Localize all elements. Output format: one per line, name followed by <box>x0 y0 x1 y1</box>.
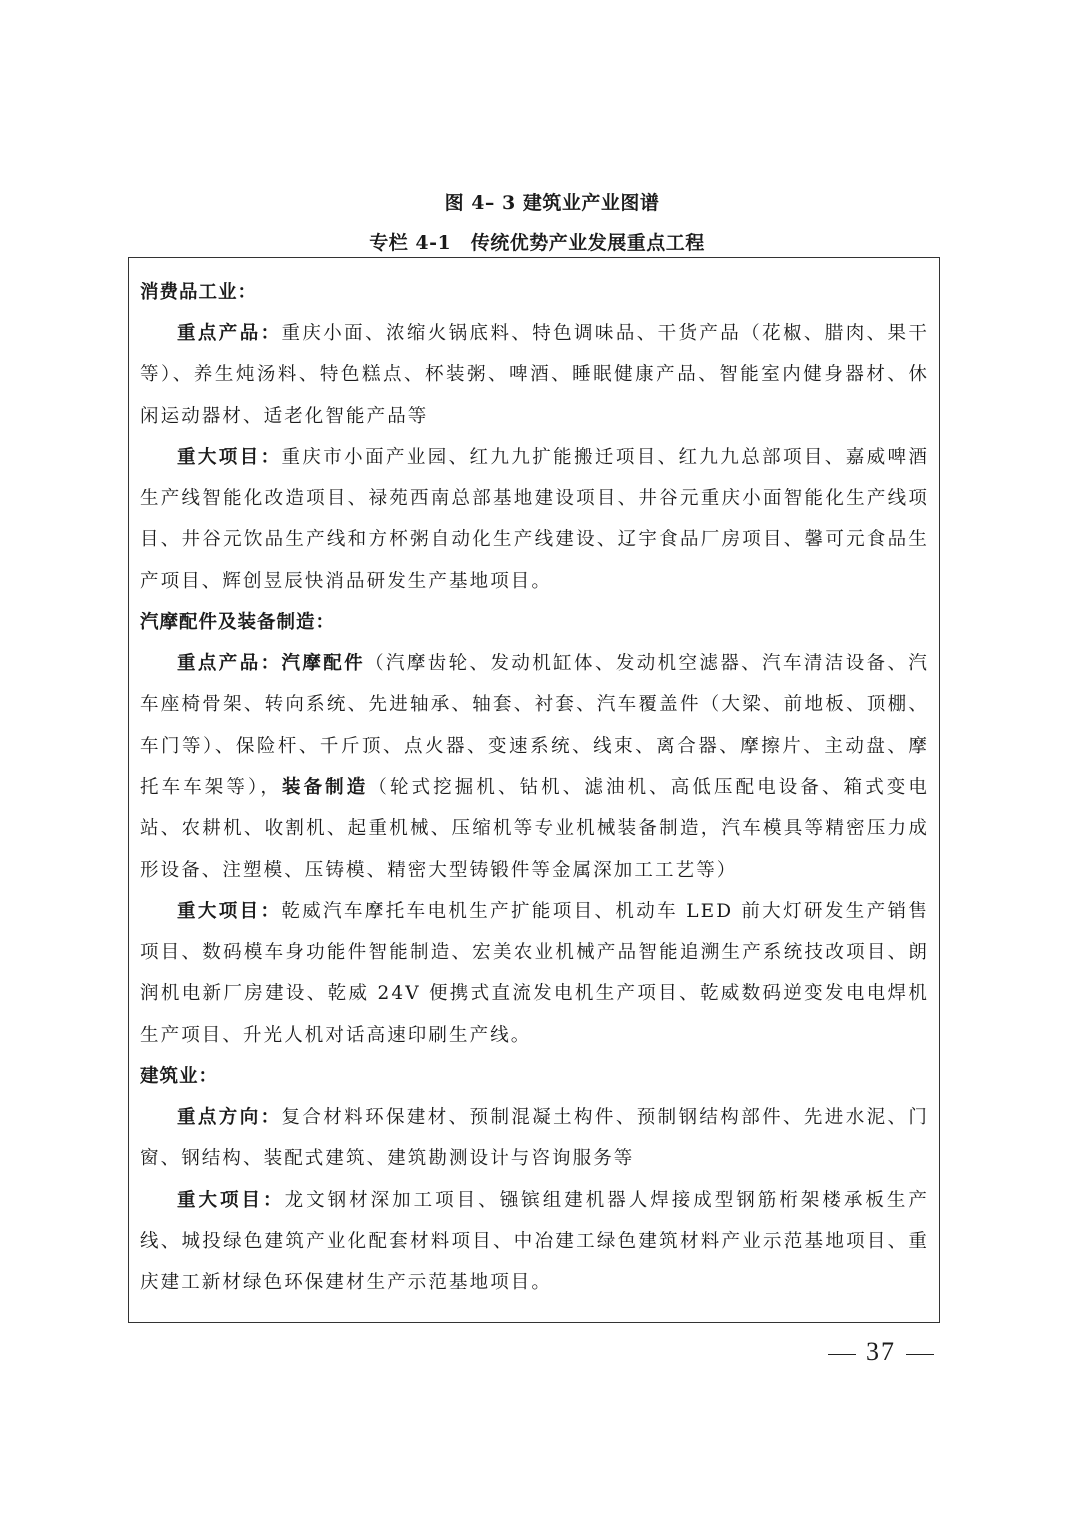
paragraph-auto-key-products: 重点产品：汽摩配件（汽摩齿轮、发动机缸体、发动机空滤器、汽车清洁设备、汽车座椅骨… <box>140 643 929 891</box>
lead-label: 重大项目： <box>177 447 281 468</box>
lead-label: 重点产品： <box>177 653 281 674</box>
paragraph-text: 重庆市小面产业园、红九九扩能搬迁项目、红九九总部项目、嘉威啤酒生产线智能化改造项… <box>140 447 929 592</box>
lead-label: 重点方向： <box>177 1107 281 1128</box>
paragraph-construction-key-directions: 重点方向：复合材料环保建材、预制混凝土构件、预制钢结构部件、先进水泥、门窗、钢结… <box>140 1097 929 1180</box>
figure-caption: 图 4– 3 建筑业产业图谱 <box>0 188 1074 215</box>
paragraph-consumer-key-products: 重点产品：重庆小面、浓缩火锅底料、特色调味品、干货产品（花椒、腊肉、果干等）、养… <box>140 313 929 437</box>
paragraph-construction-major-projects: 重大项目：龙文钢材深加工项目、镪镔组建机器人焊接成型钢筋桁架楼承板生产线、城投绿… <box>140 1180 929 1304</box>
feature-box: 消费品工业： 重点产品：重庆小面、浓缩火锅底料、特色调味品、干货产品（花椒、腊肉… <box>128 257 940 1323</box>
bold-term-auto-parts: 汽摩配件 <box>281 653 365 674</box>
section-heading-consumer-goods: 消费品工业： <box>140 272 929 313</box>
page-number-value: 37 <box>866 1337 896 1366</box>
section-heading-construction: 建筑业： <box>140 1056 929 1097</box>
box-title: 专栏 4-1 传统优势产业发展重点工程 <box>0 228 1074 255</box>
page-number: 37 <box>818 1337 944 1367</box>
paragraph-consumer-major-projects: 重大项目：重庆市小面产业园、红九九扩能搬迁项目、红九九总部项目、嘉威啤酒生产线智… <box>140 437 929 602</box>
paragraph-auto-major-projects: 重大项目：乾威汽车摩托车电机生产扩能项目、机动车 LED 前大灯研发生产销售项目… <box>140 891 929 1056</box>
dash-right <box>906 1354 934 1355</box>
section-heading-auto-parts: 汽摩配件及装备制造： <box>140 602 929 643</box>
bold-term-equipment: 装备制造 <box>282 777 368 798</box>
paragraph-text: 乾威汽车摩托车电机生产扩能项目、机动车 LED 前大灯研发生产销售项目、数码模车… <box>140 901 929 1046</box>
lead-label: 重大项目： <box>177 1190 285 1211</box>
lead-label: 重点产品： <box>177 323 281 344</box>
dash-left <box>828 1354 856 1355</box>
lead-label: 重大项目： <box>177 901 281 922</box>
